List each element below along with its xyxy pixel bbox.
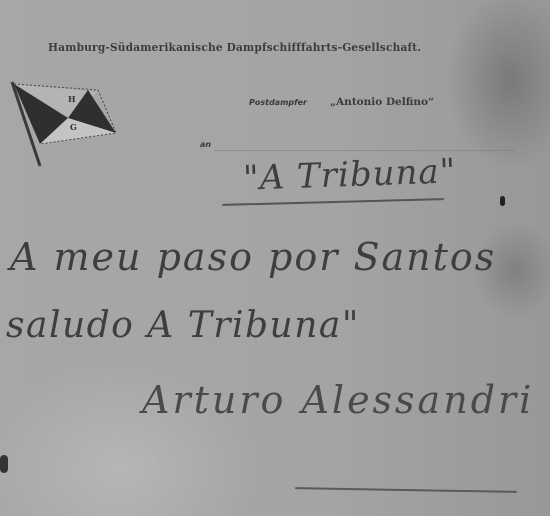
message-line-1: A meu paso por Santos (10, 235, 496, 279)
message-line-2: saludo A Tribuna" (6, 305, 360, 346)
ship-name: „Antonio Delfino“ (330, 96, 434, 108)
flag-letter-top: H (68, 94, 76, 104)
signature: Arturo Alessandri (142, 378, 534, 422)
flag-letter-bottom: G (70, 122, 77, 132)
ship-label: Postdampfer (249, 98, 307, 107)
company-flag: H G (8, 78, 118, 168)
edge-blot (0, 455, 8, 473)
bottom-stroke (295, 487, 517, 492)
letterhead: Hamburg-Südamerikanische Dampfschifffahr… (48, 40, 444, 54)
flag-icon (8, 78, 118, 168)
recipient-handwriting: "A Tribuna" (242, 151, 457, 198)
letter-page: Hamburg-Südamerikanische Dampfschifffahr… (0, 0, 550, 516)
ink-spot (500, 196, 505, 206)
recipient-underline (222, 198, 444, 206)
addressee-rule (215, 150, 515, 151)
addressee-label: an (200, 140, 211, 149)
